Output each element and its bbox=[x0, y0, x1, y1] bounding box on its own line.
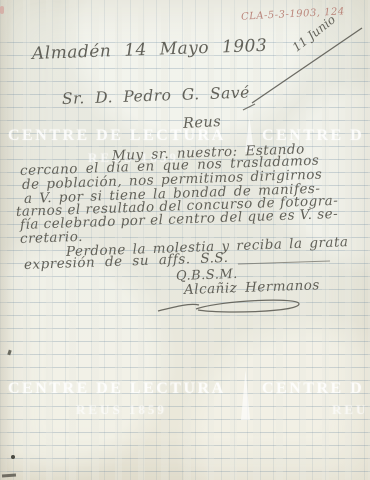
addressee-line: Sr. D. Pedro G. Savé bbox=[62, 83, 250, 108]
scan-artifact bbox=[7, 350, 11, 356]
scan-artifact bbox=[11, 455, 15, 459]
scan-artifact bbox=[2, 474, 16, 478]
signature: Alcañiz Hermanos bbox=[184, 277, 320, 298]
date-line: Almadén 14 Mayo 1903 bbox=[32, 36, 268, 64]
signature-flourish bbox=[158, 300, 299, 312]
scan-artifact bbox=[0, 6, 4, 14]
watermark-name-right: CENTRE D bbox=[262, 380, 364, 398]
watermark-subtitle-fragment: REU bbox=[332, 402, 368, 418]
watermark-separator-icon bbox=[241, 370, 250, 420]
addressee-city: Reus bbox=[183, 114, 222, 132]
scanned-letter: CENTRE DE LECTURA CENTRE D REUS 1859 CEN… bbox=[0, 0, 370, 480]
watermark-name-left: CENTRE DE LECTURA bbox=[8, 380, 226, 398]
watermark-subtitle: REUS 1859 bbox=[76, 402, 167, 418]
